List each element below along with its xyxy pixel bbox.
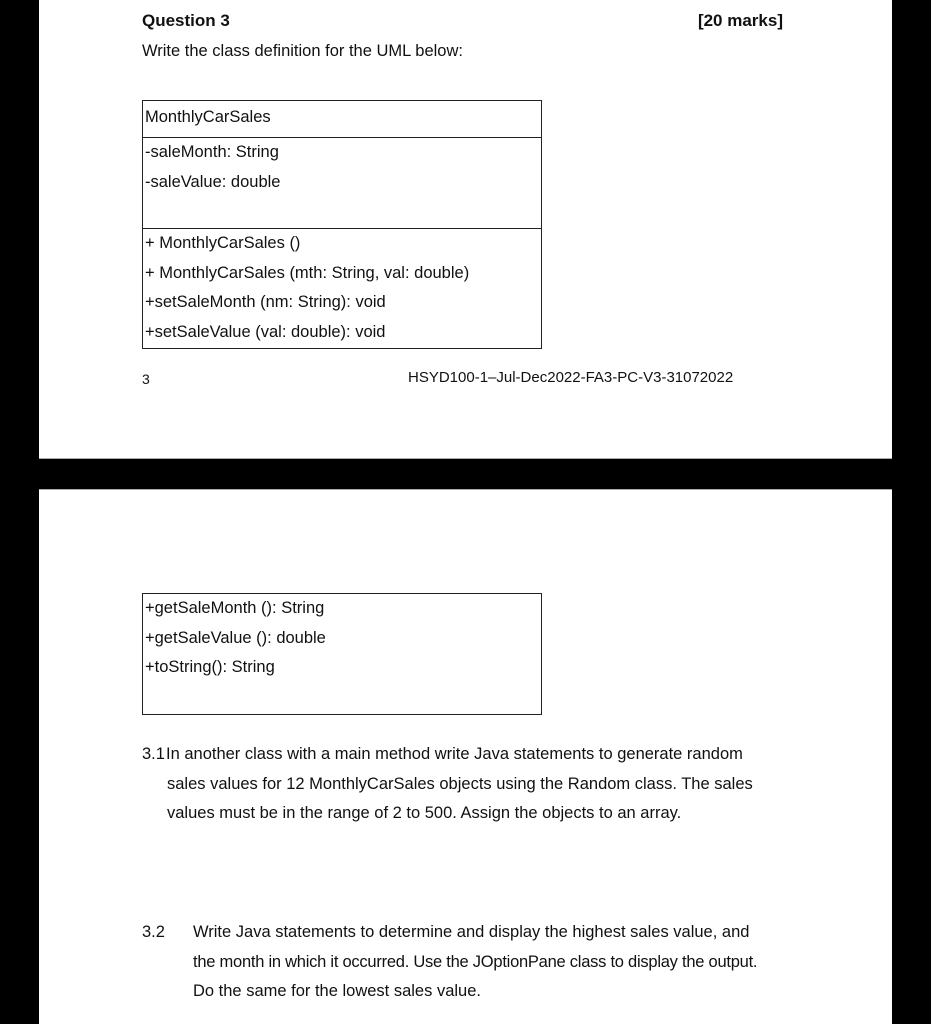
uml-attribute: -saleMonth: String <box>143 138 541 168</box>
question-3-1-line: sales values for 12 MonthlyCarSales obje… <box>167 770 802 800</box>
question-marks: [20 marks] <box>698 11 783 31</box>
question-3-2-line: the month in which it occurred. Use the … <box>193 948 802 978</box>
question-3-1-label: 3.1 <box>142 740 165 770</box>
uml-attribute: -saleValue: double <box>143 168 541 198</box>
question-title: Question 3 <box>142 11 230 31</box>
question-3-1-line: In another class with a main method writ… <box>166 740 802 770</box>
uml-operation: + MonthlyCarSales (mth: String, val: dou… <box>143 259 541 289</box>
footer-page-number: 3 <box>142 371 150 387</box>
question-3-1-line: values must be in the range of 2 to 500.… <box>167 799 802 829</box>
question-3-1: 3.1 In another class with a main method … <box>142 740 802 829</box>
question-3-2-label: 3.2 <box>142 918 165 948</box>
footer-document-code: HSYD100-1–Jul-Dec2022-FA3-PC-V3-31072022 <box>408 369 733 386</box>
question-instruction: Write the class definition for the UML b… <box>142 42 463 61</box>
uml-attributes-section: -saleMonth: String -saleValue: double <box>143 138 541 229</box>
question-3-2-line: Do the same for the lowest sales value. <box>193 977 802 1007</box>
document-page-1: Question 3 [20 marks] Write the class de… <box>39 0 892 459</box>
uml-operation: +setSaleValue (val: double): void <box>143 318 541 348</box>
uml-class-diagram: MonthlyCarSales -saleMonth: String -sale… <box>142 100 542 349</box>
uml-class-diagram-continued: +getSaleMonth (): String +getSaleValue (… <box>142 593 542 715</box>
uml-operation: + MonthlyCarSales () <box>143 229 541 259</box>
uml-operation: +toString(): String <box>143 653 541 683</box>
uml-operations-section: + MonthlyCarSales () + MonthlyCarSales (… <box>143 229 541 347</box>
document-page-2: +getSaleMonth (): String +getSaleValue (… <box>39 489 892 1024</box>
uml-class-name: MonthlyCarSales <box>143 103 541 133</box>
uml-operation: +setSaleMonth (nm: String): void <box>143 288 541 318</box>
uml-operation: +getSaleMonth (): String <box>143 594 541 624</box>
uml-operation: +getSaleValue (): double <box>143 624 541 654</box>
uml-class-name-section: MonthlyCarSales <box>143 101 541 138</box>
uml-operations-section: +getSaleMonth (): String +getSaleValue (… <box>143 594 541 683</box>
question-3-2: 3.2 Write Java statements to determine a… <box>142 918 802 1007</box>
question-3-2-line: Write Java statements to determine and d… <box>193 918 802 948</box>
